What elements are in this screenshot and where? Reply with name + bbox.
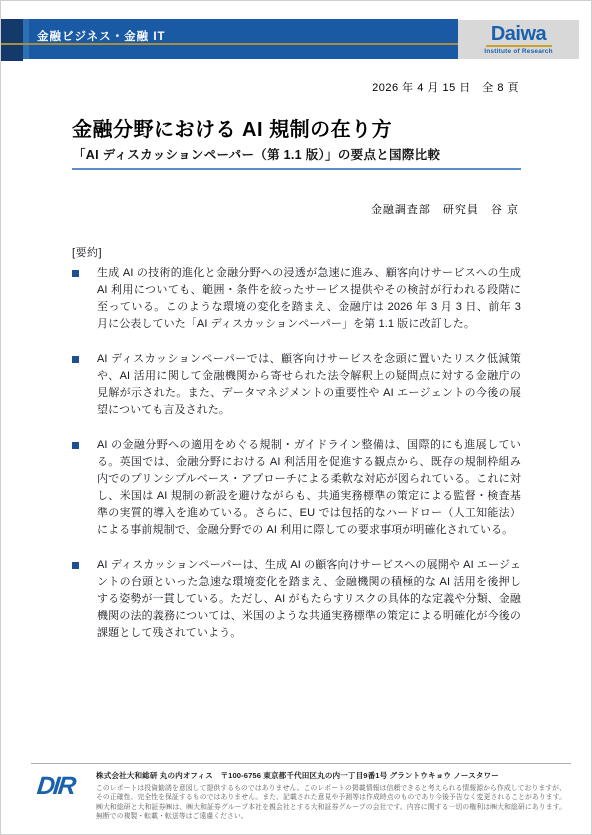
header-accent-highlight: [23, 19, 29, 59]
dir-logo: DIR: [35, 772, 94, 801]
bullet-text: AI ディスカッションペーパーは、生成 AI の顧客向けサービスへの展開や AI…: [97, 557, 521, 642]
title-rule: [72, 168, 521, 170]
bullet-square-icon: [72, 351, 97, 419]
bullet-text: AI ディスカッションペーパーでは、顧客向けサービスを念頭に置いたリスク低減策や…: [97, 351, 521, 419]
list-item: AI ディスカッションペーパーは、生成 AI の顧客向けサービスへの展開や AI…: [72, 557, 521, 642]
list-item: 生成 AI の技術的進化と金融分野への浸透が急速に進み、顧客向けサービスへの生成…: [72, 265, 521, 333]
page-subtitle: 「AI ディスカッションペーパー（第 1.1 版）」の要点と国際比較: [73, 145, 440, 163]
summary-heading: [要約]: [72, 244, 102, 260]
daiwa-logo-text: Daiwa: [491, 25, 546, 44]
list-item: AI ディスカッションペーパーでは、顧客向けサービスを念頭に置いたリスク低減策や…: [72, 351, 521, 419]
list-item: AI の金融分野への適用をめぐる規制・ガイドライン整備は、国際的にも進展している…: [72, 437, 521, 539]
bullet-square-icon: [72, 557, 97, 642]
footer-divider: [31, 763, 571, 764]
report-page: 金融ビジネス・金融 IT Daiwa Institute of Research…: [0, 0, 592, 835]
page-title: 金融分野における AI 規制の在り方: [72, 113, 392, 142]
footer-text-block: 株式会社大和総研 丸の内オフィス 〒100-6756 東京都千代田区丸の内一丁目…: [96, 770, 566, 822]
bullet-text: AI の金融分野への適用をめぐる規制・ガイドライン整備は、国際的にも進展している…: [97, 437, 521, 539]
daiwa-logo-underline: [486, 45, 552, 47]
bullet-text: 生成 AI の技術的進化と金融分野への浸透が急速に進み、顧客向けサービスへの生成…: [97, 265, 521, 333]
bullet-square-icon: [72, 265, 97, 333]
daiwa-logo: Daiwa Institute of Research: [458, 20, 579, 59]
summary-list: 生成 AI の技術的進化と金融分野への浸透が急速に進み、顧客向けサービスへの生成…: [72, 265, 521, 660]
bullet-square-icon: [72, 437, 97, 539]
footer-address: 株式会社大和総研 丸の内オフィス 〒100-6756 東京都千代田区丸の内一丁目…: [96, 770, 566, 781]
header-accent-block: [1, 19, 23, 61]
daiwa-logo-subtitle: Institute of Research: [484, 48, 553, 55]
footer-disclaimer: このレポートは投資勧誘を意図して提供するものではありません。このレポートの掲載情…: [96, 784, 566, 822]
header-category-label: 金融ビジネス・金融 IT: [37, 28, 166, 44]
date-line: 2026 年 4 月 15 日 全 8 頁: [372, 79, 519, 95]
author-line: 金融調査部 研究員 谷 京: [371, 201, 519, 217]
